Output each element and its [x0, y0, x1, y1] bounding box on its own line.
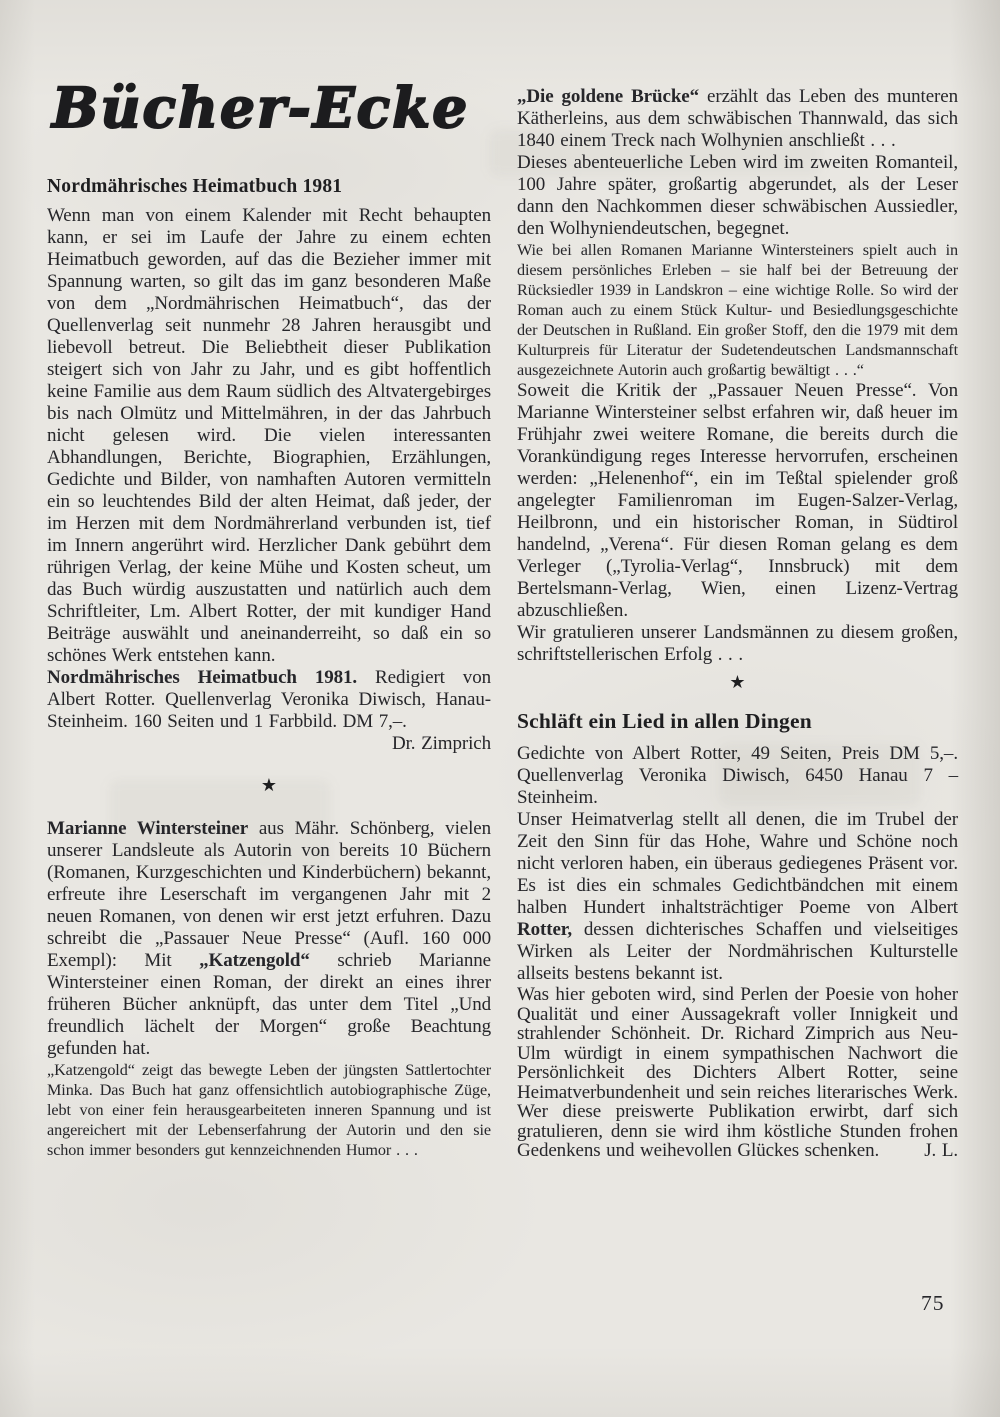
text-run-bold: „Die goldene Brücke“ [517, 86, 699, 107]
paragraph: Nordmährisches Heimatbuch 1981. Redigier… [47, 667, 491, 733]
paragraph: Gedichte von Albert Rotter, 49 Seiten, P… [517, 743, 958, 809]
paragraph: Wie bei allen Romanen Marianne Winterste… [517, 240, 958, 380]
paragraph: „Katzengold“ zeigt das bewegte Leben der… [47, 1060, 491, 1160]
paragraph: Soweit die Kritik der „Passauer Neuen Pr… [517, 380, 958, 622]
text-run: aus Mähr. Schönberg, vielen unserer Land… [47, 818, 491, 971]
page-number: 75 [921, 1291, 945, 1316]
text-run: dessen dichterisches Schaffen und vielse… [517, 919, 958, 984]
text-run: Wir gratulieren unserer Landsmännen zu d… [517, 622, 958, 665]
text-run: Dieses abenteuerliche Leben wird im zwei… [517, 152, 958, 239]
paragraph: Dieses abenteuerliche Leben wird im zwei… [517, 152, 958, 240]
star-divider-icon: ★ [47, 775, 491, 796]
section-heading: Schläft ein Lied in allen Dingen [517, 709, 958, 734]
text-run: Gedichte von Albert Rotter, 49 Seiten, P… [517, 743, 958, 808]
paragraph: Unser Heimatverlag stellt all denen, die… [517, 809, 958, 985]
text-run: Wie bei allen Romanen Marianne Winterste… [517, 241, 958, 379]
text-run-bold: Rotter, [517, 919, 572, 940]
text-run: „Katzengold“ zeigt das bewegte Leben der… [47, 1061, 491, 1159]
left-column: Nordmährisches Heimatbuch 1981Wenn man v… [47, 176, 491, 1160]
paragraph: Wenn man von einem Kalender mit Recht be… [47, 205, 491, 667]
magazine-section-title: Bücher-Ecke [52, 80, 469, 135]
text-run-bold: „Katzengold“ [199, 950, 310, 971]
paragraph: Marianne Wintersteiner aus Mähr. Schönbe… [47, 818, 491, 1060]
text-run: Was hier geboten wird, sind Perlen der P… [517, 984, 958, 1161]
paragraph: „Die goldene Brücke“ erzählt das Leben d… [517, 86, 958, 152]
text-run-bold: Nordmährisches Heimatbuch 1981. [47, 667, 357, 688]
signature: Dr. Zimprich [378, 733, 491, 755]
text-run: Wenn man von einem Kalender mit Recht be… [47, 205, 491, 666]
text-run: Unser Heimatverlag stellt all denen, die… [517, 809, 958, 918]
signature: J. L. [910, 1141, 958, 1161]
right-column: „Die goldene Brücke“ erzählt das Leben d… [517, 86, 958, 1161]
section-heading: Nordmährisches Heimatbuch 1981 [47, 176, 491, 198]
paragraph: Wir gratulieren unserer Landsmännen zu d… [517, 622, 958, 666]
text-run: Soweit die Kritik der „Passauer Neuen Pr… [517, 380, 958, 621]
star-divider-icon: ★ [517, 672, 958, 693]
scanned-page: { "colors": { "paper": "#e9e7e2", "ink":… [0, 0, 1000, 1417]
text-run-bold: Marianne Wintersteiner [47, 818, 248, 839]
paragraph: Was hier geboten wird, sind Perlen der P… [517, 985, 958, 1161]
